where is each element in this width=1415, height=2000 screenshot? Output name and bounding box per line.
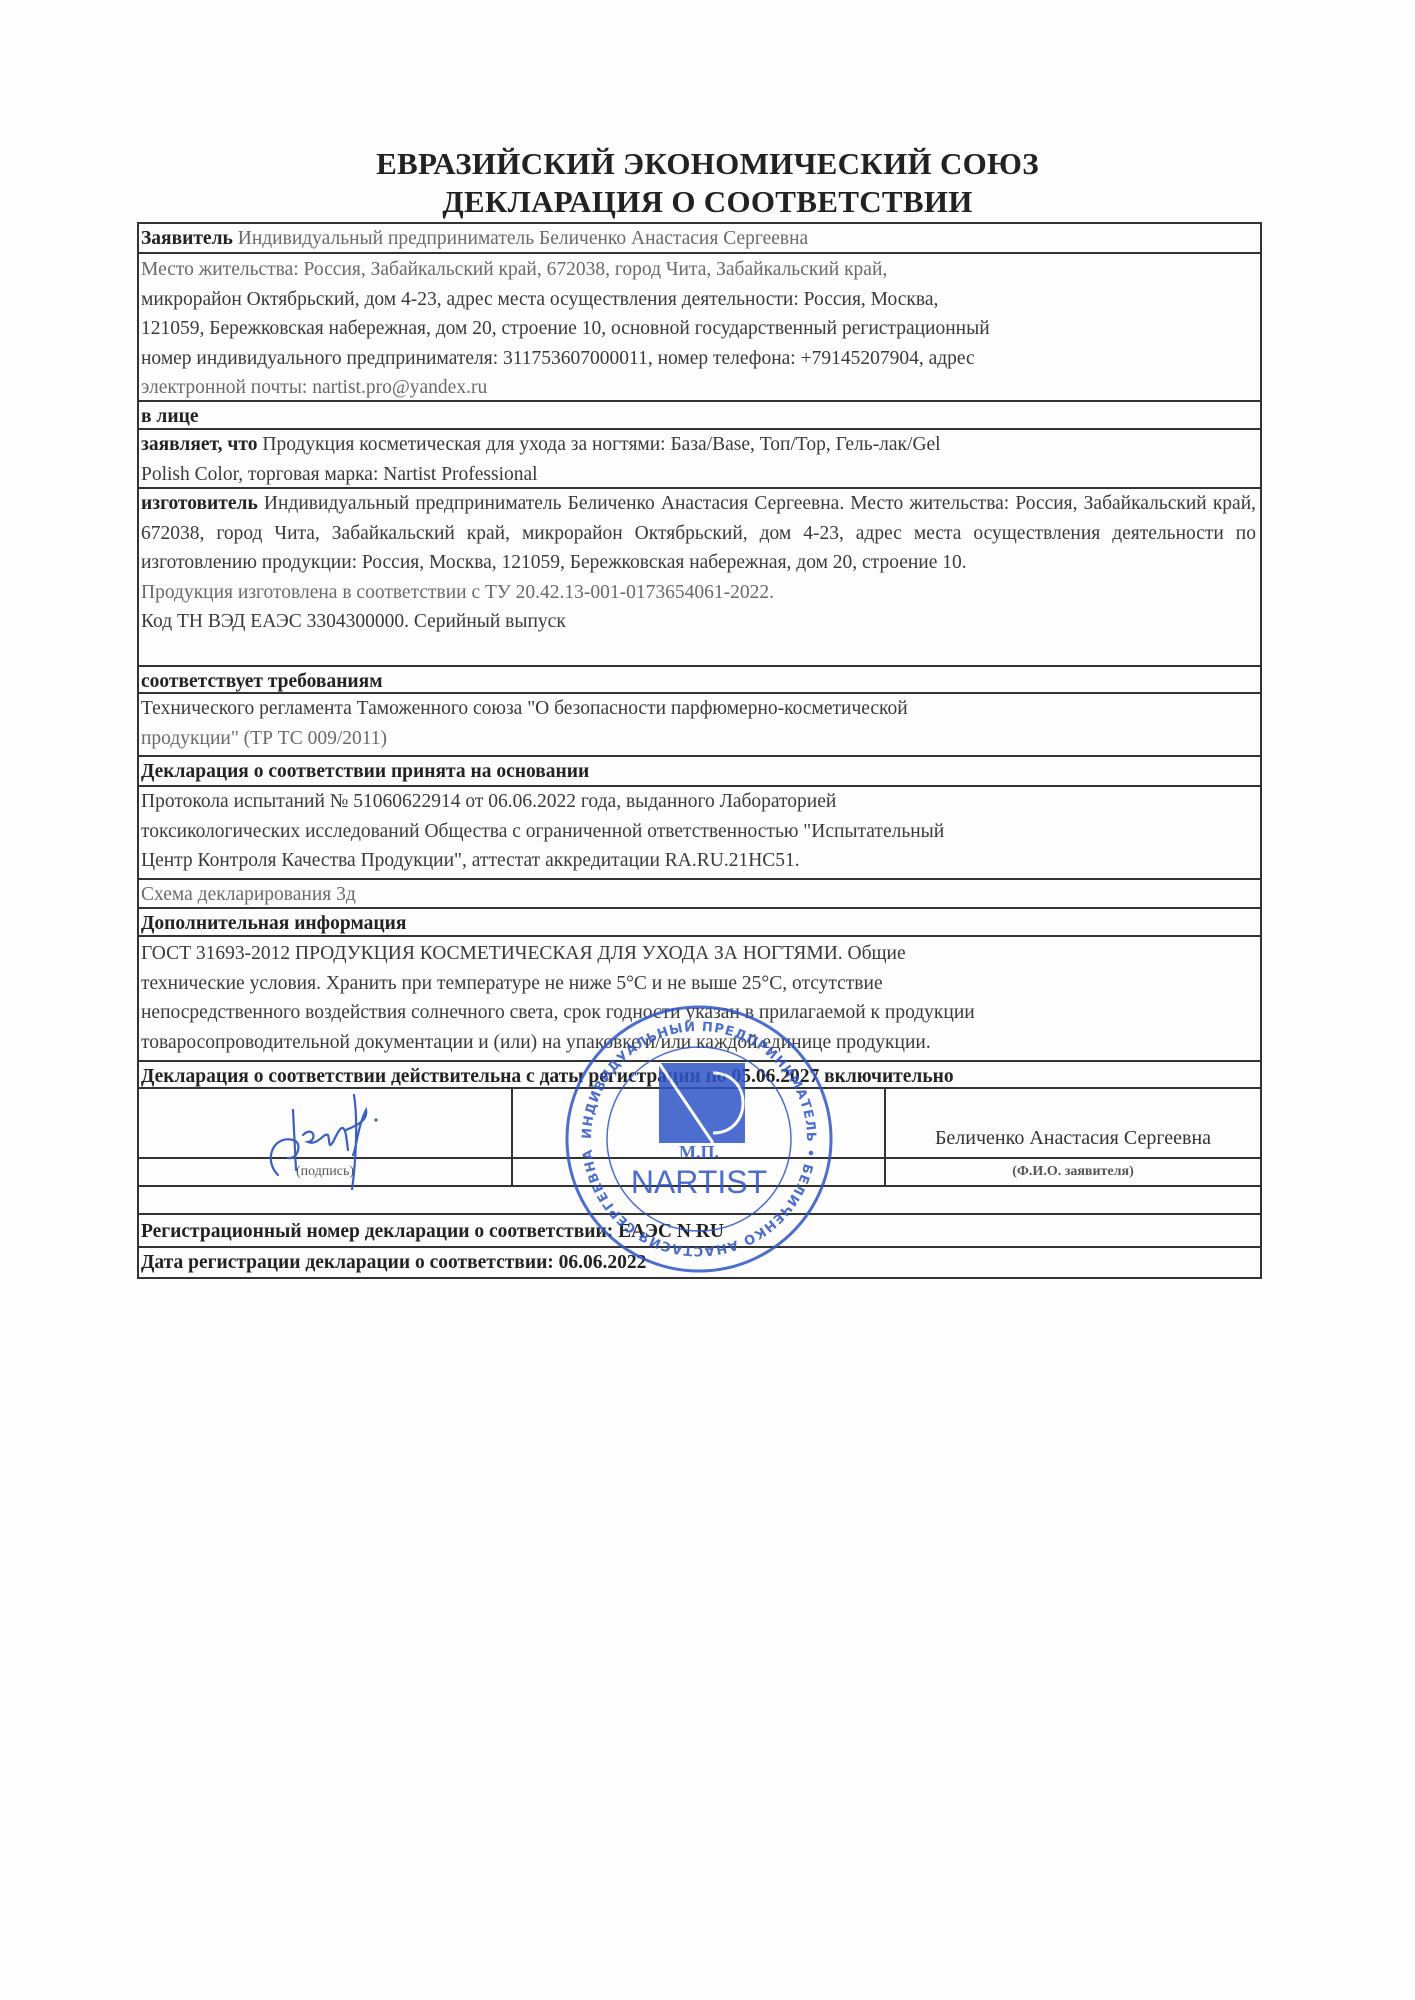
applicant-row: Заявитель Индивидуальный предприниматель… — [139, 224, 1260, 254]
blank-row — [139, 1187, 1260, 1215]
additional-line: товаросопроводительной документации и (и… — [141, 1028, 1258, 1058]
union-title: ЕВРАЗИЙСКИЙ ЭКОНОМИЧЕСКИЙ СОЮЗ — [0, 146, 1415, 182]
signature-caption-row: (подпись) (Ф.И.О. заявителя) — [139, 1159, 1260, 1187]
declaration-scheme: Схема декларирования 3д — [139, 880, 1260, 909]
protocol-line: токсикологических исследований Общества … — [141, 817, 1258, 847]
signature-row: Беличенко Анастасия Сергеевна — [139, 1089, 1260, 1159]
address-line: Место жительства: Россия, Забайкальский … — [141, 255, 1258, 285]
manufacturer-value: Индивидуальный предприниматель Беличенко… — [141, 493, 1256, 573]
hs-code: Код ТН ВЭД ЕАЭС 3304300000. Серийный вып… — [141, 607, 1258, 637]
applicant-value: Индивидуальный предприниматель Беличенко… — [238, 228, 808, 249]
signature-caption: (подпись) — [139, 1159, 513, 1185]
additional-line: технические условия. Хранить при темпера… — [141, 969, 1258, 999]
stamp-cell — [513, 1089, 886, 1157]
applicant-name: Беличенко Анастасия Сергеевна — [886, 1089, 1260, 1157]
applicant-label: Заявитель — [141, 228, 233, 249]
regulation-row: Технического регламента Таможенного союз… — [139, 694, 1260, 757]
address-line: 121059, Бережковская набережная, дом 20,… — [141, 314, 1258, 344]
basis-label: Декларация о соответствии принята на осн… — [139, 757, 1260, 787]
registration-number: Регистрационный номер декларации о соотв… — [139, 1215, 1260, 1248]
address-line: номер индивидуального предпринимателя: 3… — [141, 344, 1258, 374]
registration-date: Дата регистрации декларации о соответств… — [139, 1248, 1260, 1277]
regulation-line: продукции" (ТР ТС 009/2011) — [141, 724, 1258, 754]
additional-info-label: Дополнительная информация — [139, 909, 1260, 937]
declares-row: заявляет, что Продукция косметическая дл… — [139, 430, 1260, 489]
stamp-caption-cell — [513, 1159, 886, 1185]
address-line: микрорайон Октябрьский, дом 4-23, адрес … — [141, 285, 1258, 315]
manufacturer-row: изготовитель Индивидуальный предпринимат… — [139, 489, 1260, 667]
protocol-row: Протокола испытаний № 51060622914 от 06.… — [139, 787, 1260, 880]
signature-cell — [139, 1089, 513, 1157]
validity-row: Декларация о соответствии действительна … — [139, 1062, 1260, 1089]
name-caption: (Ф.И.О. заявителя) — [886, 1159, 1260, 1185]
applicant-name-cell: Беличенко Анастасия Сергеевна — [886, 1089, 1260, 1157]
additional-line: непосредственного воздействия солнечного… — [141, 998, 1258, 1028]
declares-label: заявляет, что — [141, 434, 258, 455]
declaration-table: Заявитель Индивидуальный предприниматель… — [137, 222, 1262, 1279]
regulation-line: Технического регламента Таможенного союз… — [141, 694, 1258, 724]
document-title: ДЕКЛАРАЦИЯ О СООТВЕТСТВИИ — [0, 184, 1415, 220]
address-line: электронной почты: nartist.pro@yandex.ru — [141, 373, 1258, 403]
complies-label: соответствует требованиям — [139, 667, 1260, 694]
manufacturer-label: изготовитель — [141, 493, 258, 514]
product-line-2: Polish Color, торговая марка: Nartist Pr… — [141, 460, 1258, 490]
protocol-line: Протокола испытаний № 51060622914 от 06.… — [141, 787, 1258, 817]
represented-by-row: в лице — [139, 402, 1260, 430]
additional-info-row: ГОСТ 31693-2012 ПРОДУКЦИЯ КОСМЕТИЧЕСКАЯ … — [139, 937, 1260, 1062]
address-row: Место жительства: Россия, Забайкальский … — [139, 254, 1260, 402]
additional-line: ГОСТ 31693-2012 ПРОДУКЦИЯ КОСМЕТИЧЕСКАЯ … — [141, 939, 1258, 969]
product-line-1: Продукция косметическая для ухода за ног… — [262, 434, 940, 455]
protocol-line: Центр Контроля Качества Продукции", атте… — [141, 846, 1258, 876]
tu-reference: Продукция изготовлена в соответствии с Т… — [141, 578, 1258, 608]
